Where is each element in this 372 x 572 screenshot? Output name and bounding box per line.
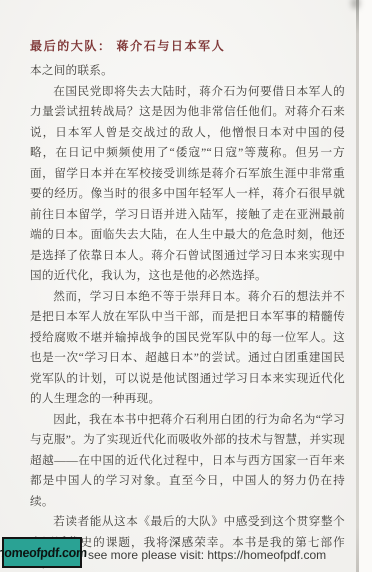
body-paragraph: 本之间的联系。: [30, 61, 345, 82]
page-edge-line: [356, 0, 359, 572]
watermark-url-text: see more please visit: https://homeofpdf…: [88, 548, 326, 562]
body-paragraph: 然而，学习日本绝不等于崇拜日本。蒋介石的想法并不是把日本军人放在军队中当干部，而…: [30, 287, 345, 410]
body-paragraph: 在国民党即将失去大陆时，蒋介石为何要借日本军人的力量尝试扭转战局？这是因为他非常…: [30, 82, 345, 287]
running-header-title: 最后的大队： 蒋介石与日本军人: [30, 37, 345, 54]
body-text: 本之间的联系。 在国民党即将失去大陆时，蒋介石为何要借日本军人的力量尝试扭转战局…: [30, 61, 345, 572]
watermark-badge: homeofpdf.com: [2, 537, 82, 568]
book-page: 最后的大队： 蒋介石与日本军人 本之间的联系。 在国民党即将失去大陆时，蒋介石为…: [0, 0, 372, 572]
body-paragraph: 因此，我在本书中把蒋介石利用白团的行为命名为“学习与克服”。为了实现近代化而吸收…: [30, 410, 345, 513]
watermark-badge-label: homeofpdf.com: [0, 545, 87, 560]
scan-right-strip: [359, 0, 372, 572]
